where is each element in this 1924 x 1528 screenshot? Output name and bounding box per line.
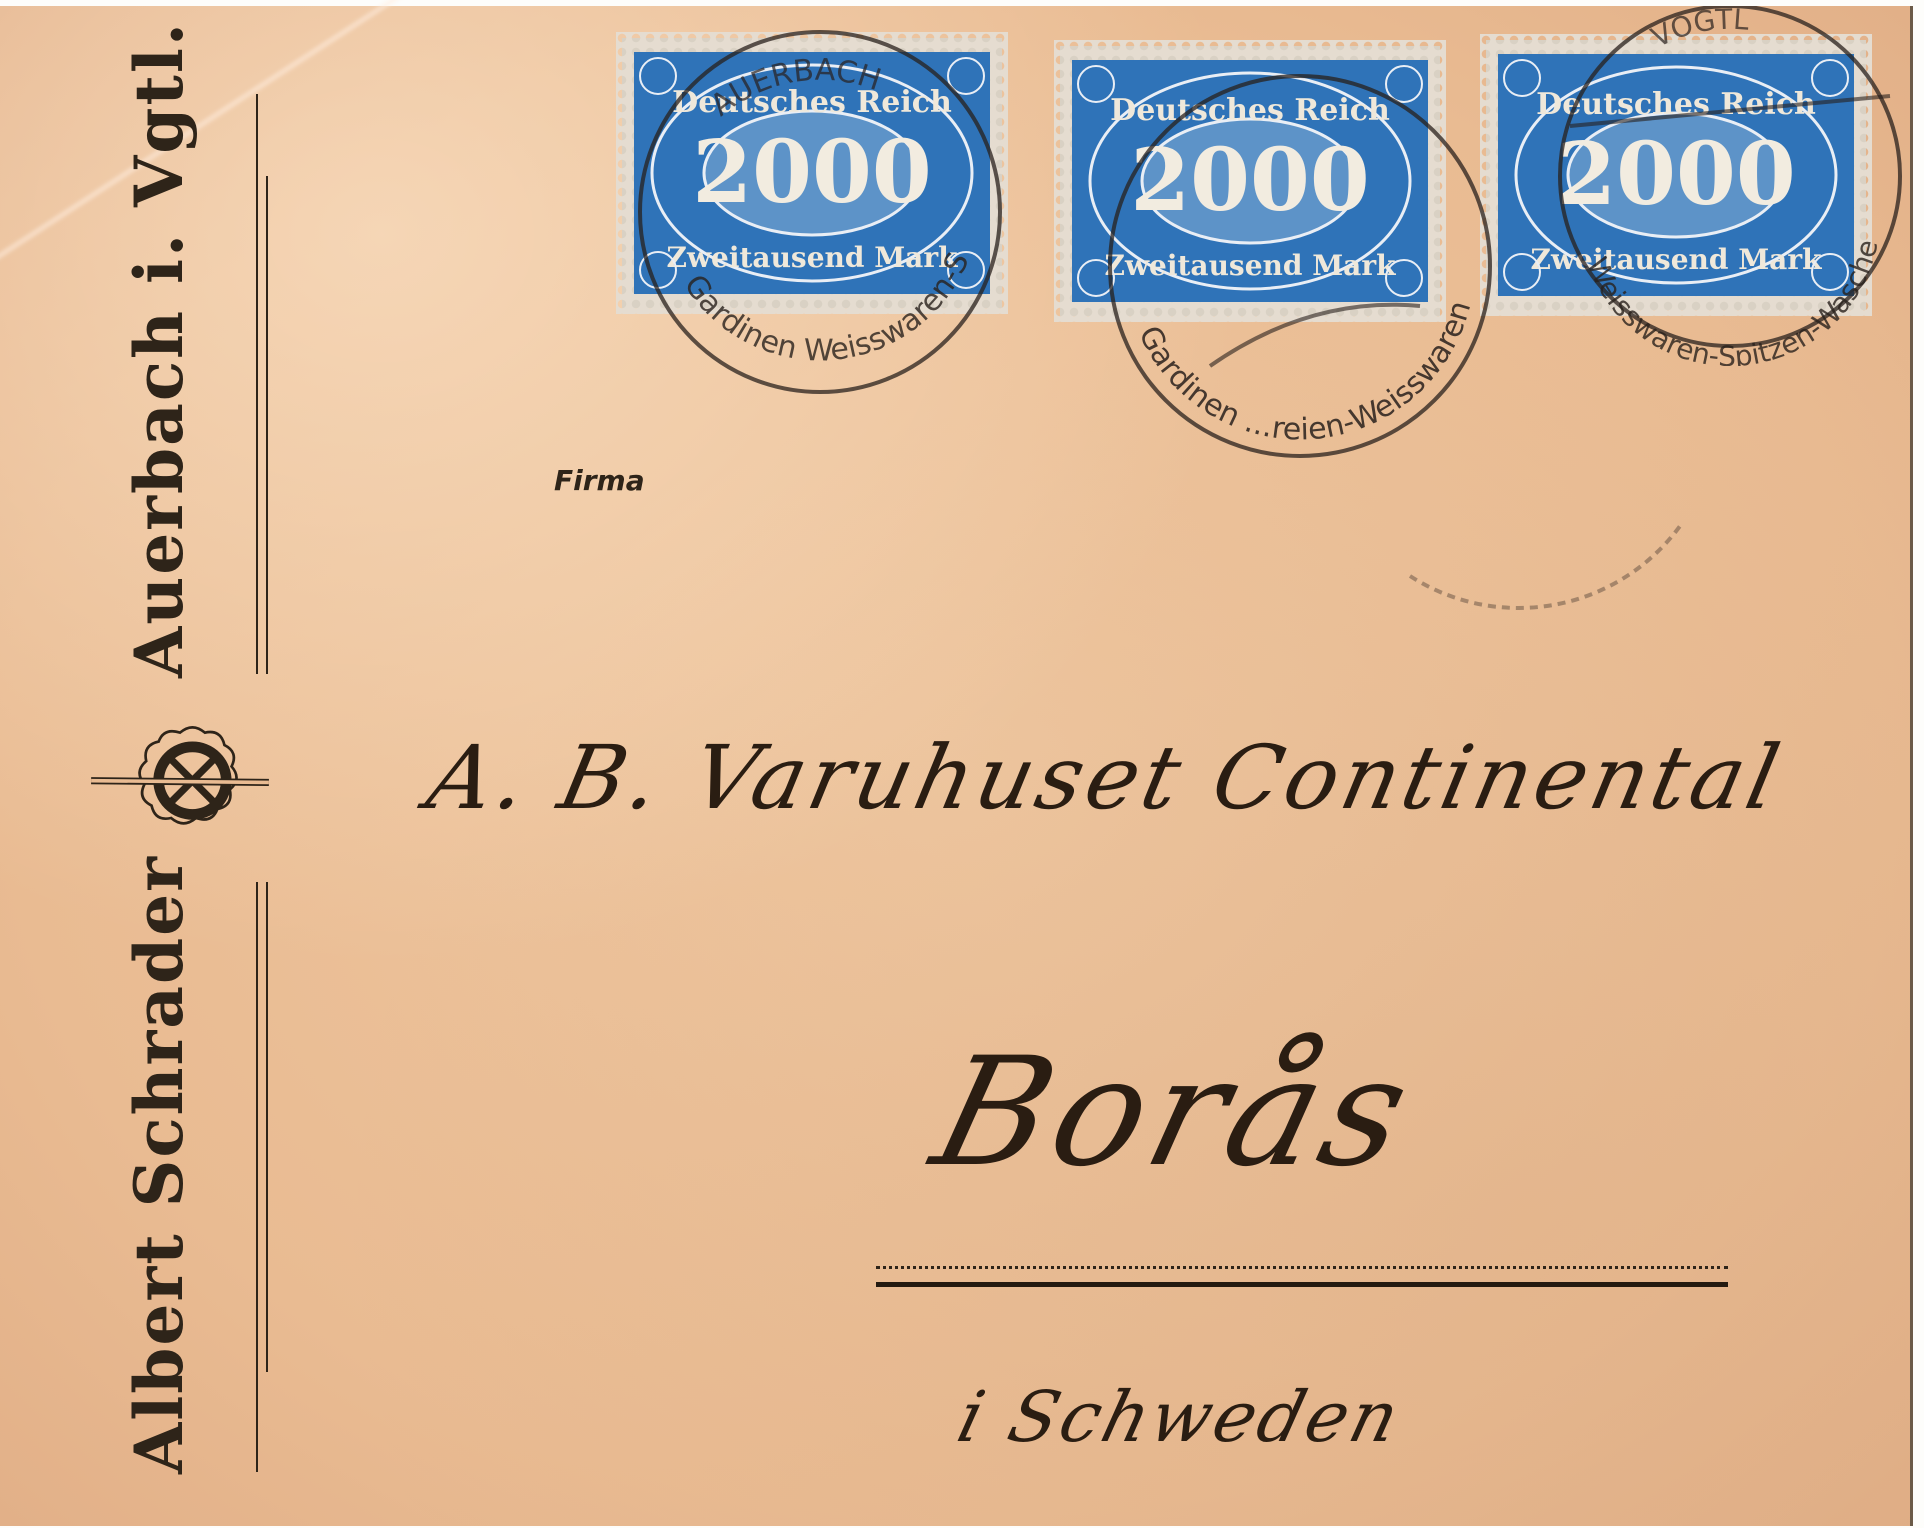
svg-text:2000: 2000 bbox=[1130, 130, 1369, 231]
svg-text:2000: 2000 bbox=[692, 122, 931, 223]
gear-needle-logo-icon bbox=[70, 706, 290, 866]
destination-country-handwritten: i Schweden bbox=[950, 1376, 1410, 1458]
svg-text:Deutsches Reich: Deutsches Reich bbox=[1536, 87, 1816, 122]
svg-text:Zweitausend Mark: Zweitausend Mark bbox=[1531, 243, 1823, 276]
paper-fold-crease bbox=[0, 0, 569, 269]
faint-postmark bbox=[1380, 426, 1780, 726]
svg-text:Zweitausend Mark: Zweitausend Mark bbox=[667, 241, 959, 274]
svg-text:Deutsches Reich: Deutsches Reich bbox=[672, 85, 952, 120]
letterhead-rule-top bbox=[256, 94, 258, 674]
letterhead-city: Auerbach i. Vgtl. bbox=[120, 21, 198, 678]
envelope: Auerbach i. Vgtl. Albert Schrader Firma … bbox=[0, 6, 1913, 1526]
address-underline bbox=[876, 1282, 1728, 1287]
svg-text:Deutsches Reich: Deutsches Reich bbox=[1110, 93, 1390, 128]
letterhead-rule-top-inner bbox=[266, 176, 268, 674]
stamp-design-icon: Deutsches Reich 2000 Zweitausend Mark bbox=[1072, 60, 1428, 302]
stamp-design-icon: Deutsches Reich 2000 Zweitausend Mark bbox=[634, 52, 990, 294]
postage-stamp-2: Deutsches Reich 2000 Zweitausend Mark bbox=[1060, 46, 1440, 316]
letterhead-company: Albert Schrader bbox=[120, 855, 198, 1474]
stamp-design-icon: Deutsches Reich 2000 Zweitausend Mark bbox=[1498, 54, 1854, 296]
firma-label: Firma bbox=[554, 464, 645, 497]
letterhead-rule-bottom bbox=[256, 882, 258, 1472]
destination-city-handwritten: Borås bbox=[918, 1026, 1430, 1200]
postage-stamp-3: Deutsches Reich 2000 Zweitausend Mark bbox=[1486, 40, 1866, 310]
svg-text:2000: 2000 bbox=[1556, 124, 1795, 225]
addressee-handwritten: A. B. Varuhuset Continental bbox=[419, 726, 1792, 829]
address-dotted-line bbox=[876, 1266, 1728, 1269]
postage-stamp-1: Deutsches Reich 2000 Zweitausend Mark bbox=[622, 38, 1002, 308]
letterhead-rule-bottom-inner bbox=[266, 882, 268, 1372]
svg-text:Zweitausend Mark: Zweitausend Mark bbox=[1105, 249, 1397, 282]
